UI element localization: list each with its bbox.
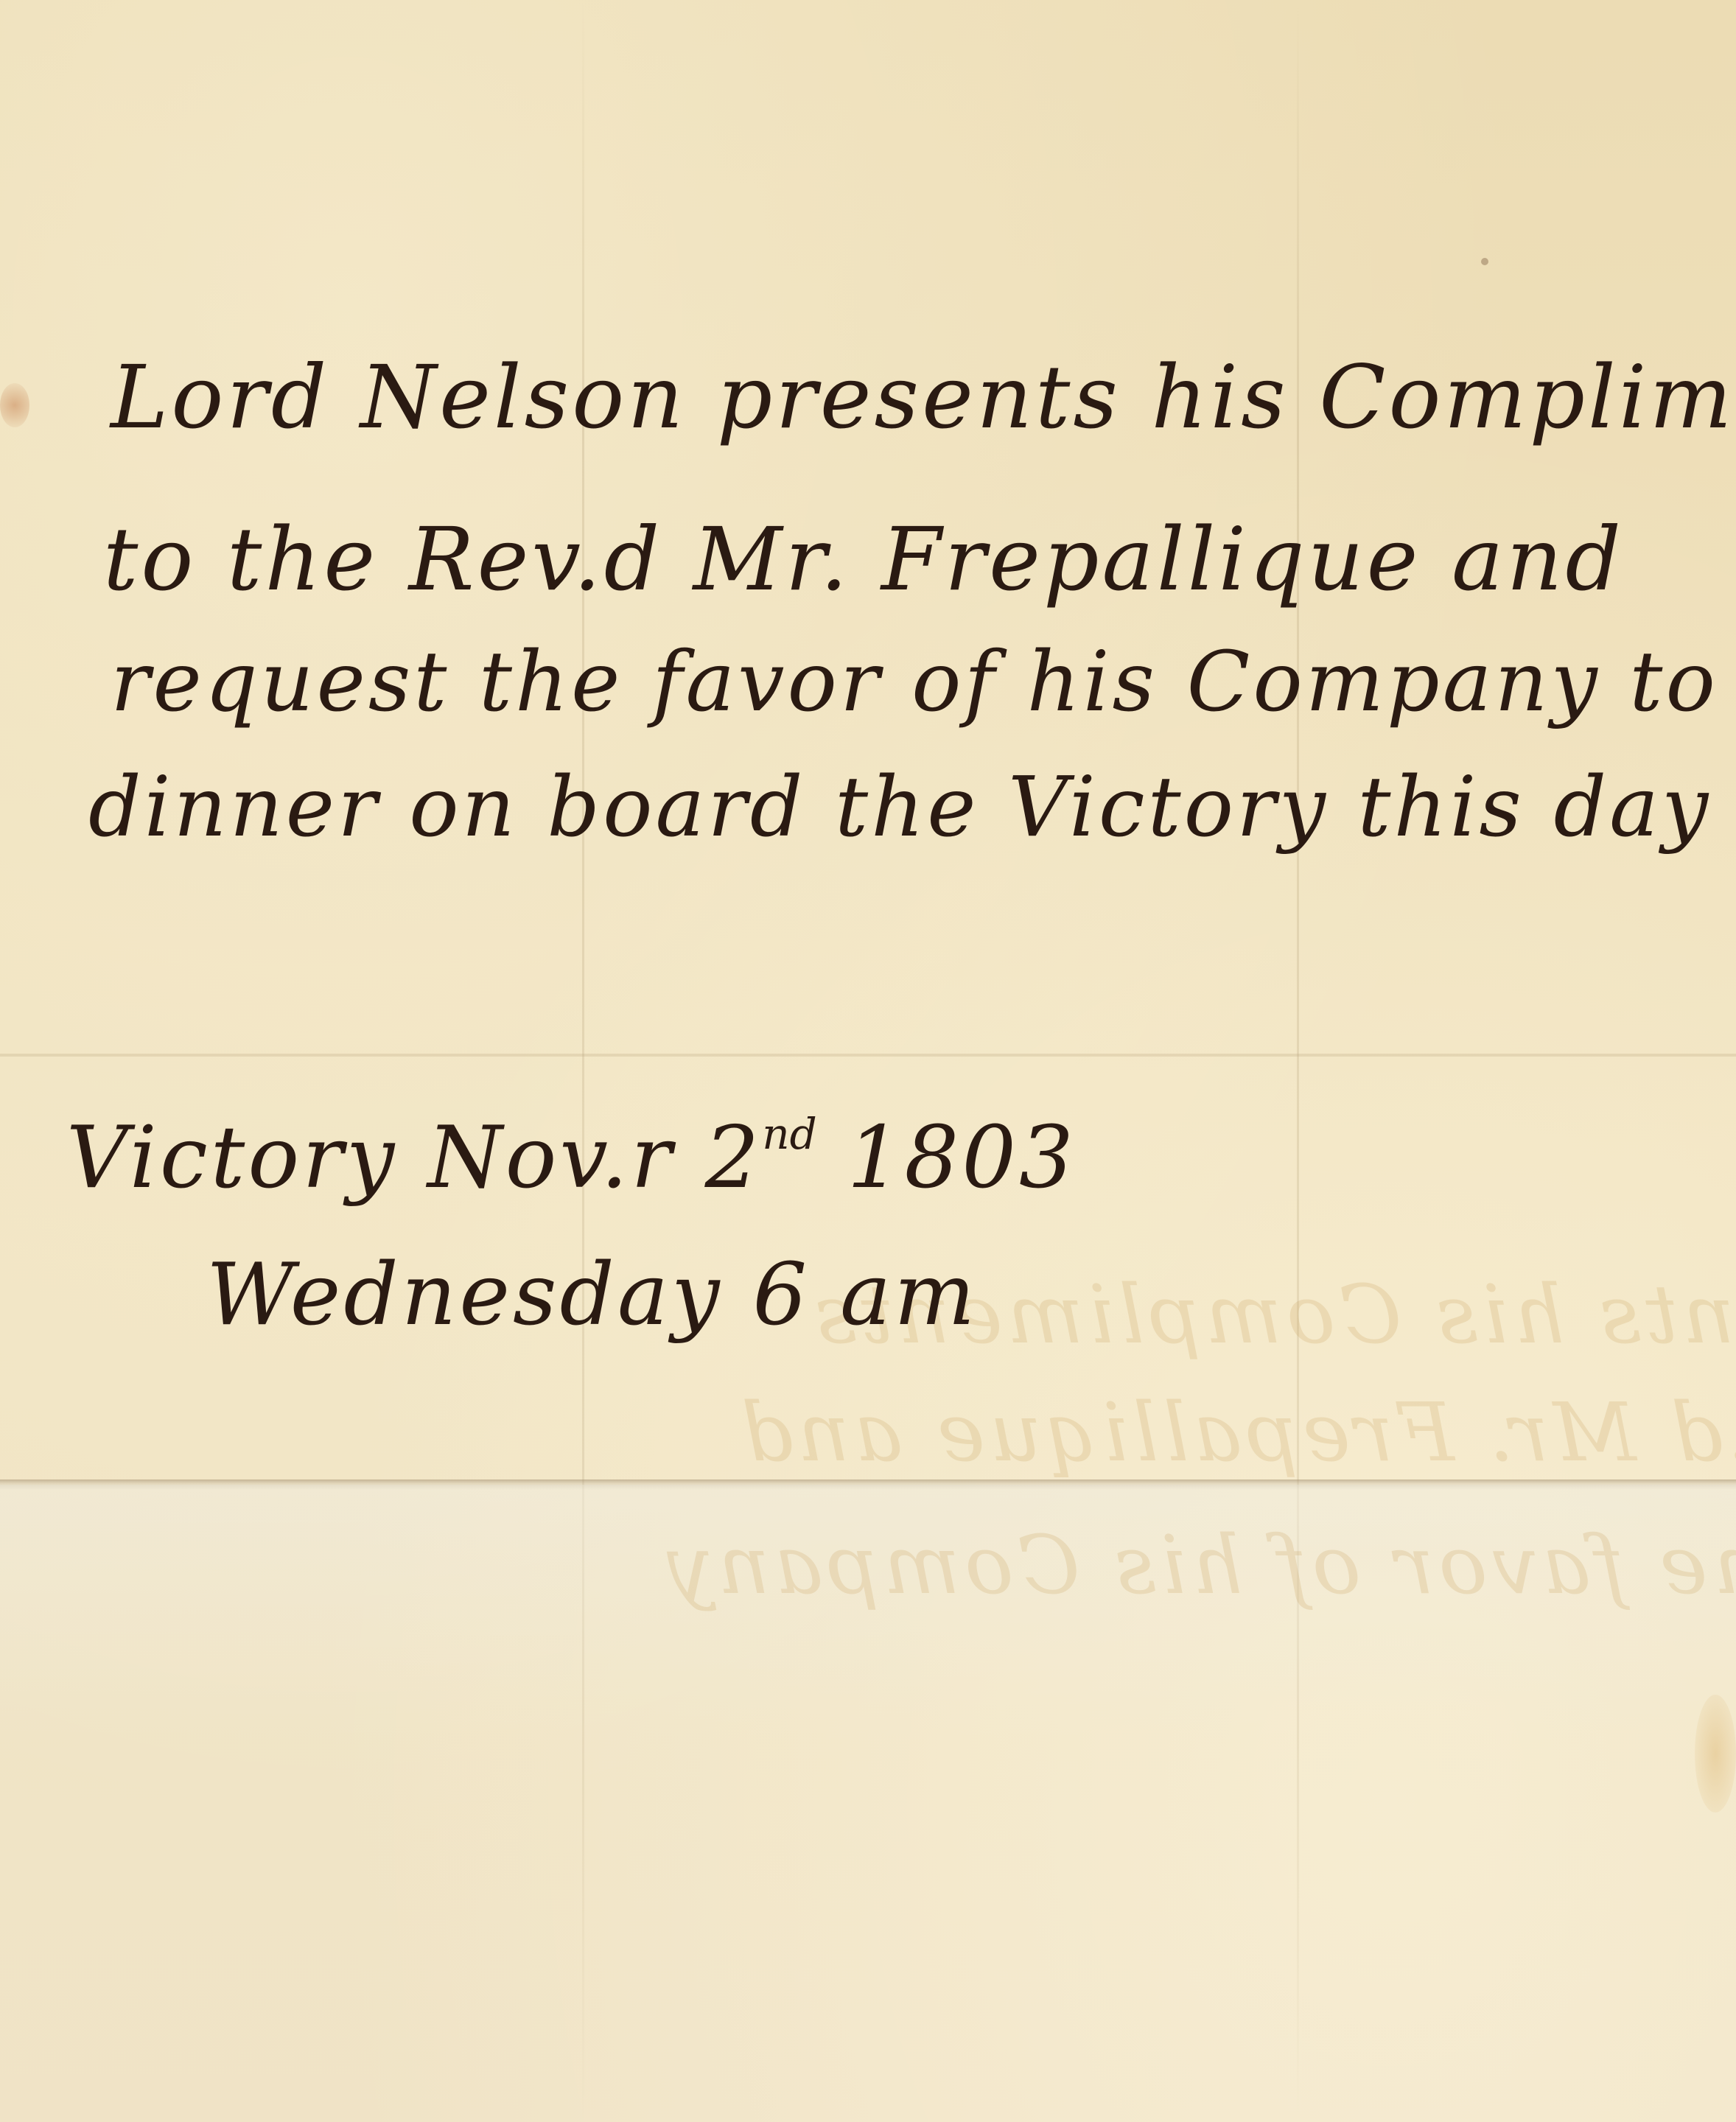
foxing-spot [1481,258,1488,265]
note-line-2: to the Rev.d Mr. Frepallique and [103,516,1624,603]
horizontal-fold-crease [0,1480,1736,1490]
horizontal-fold-crease [0,1054,1736,1057]
note-line-3: request the favor of his Company to [111,641,1718,724]
timeline: Wednesday 6 am [206,1253,978,1338]
dateline-month: Nov.r [427,1108,674,1208]
manuscript-page: Lord Nelson presents his Compliments to … [0,0,1736,2122]
bleed-through-text: request the favor of his Company [663,1518,1736,1612]
edge-stain [1695,1695,1736,1813]
dateline: Victory Nov.r 2nd 1803 [66,1113,1077,1201]
edge-stain [0,383,29,427]
bleed-through-text: to the Rev.d Mr. Frepallique and [737,1385,1736,1480]
dateline-day-suffix: nd [762,1109,816,1159]
note-line-1: Lord Nelson presents his Complim.ts [111,354,1736,441]
note-line-4: dinner on board the Victory this day [88,766,1711,849]
dateline-place: Victory [66,1108,397,1208]
dateline-year: 1803 [847,1108,1077,1208]
dateline-day: 2 [704,1108,762,1208]
